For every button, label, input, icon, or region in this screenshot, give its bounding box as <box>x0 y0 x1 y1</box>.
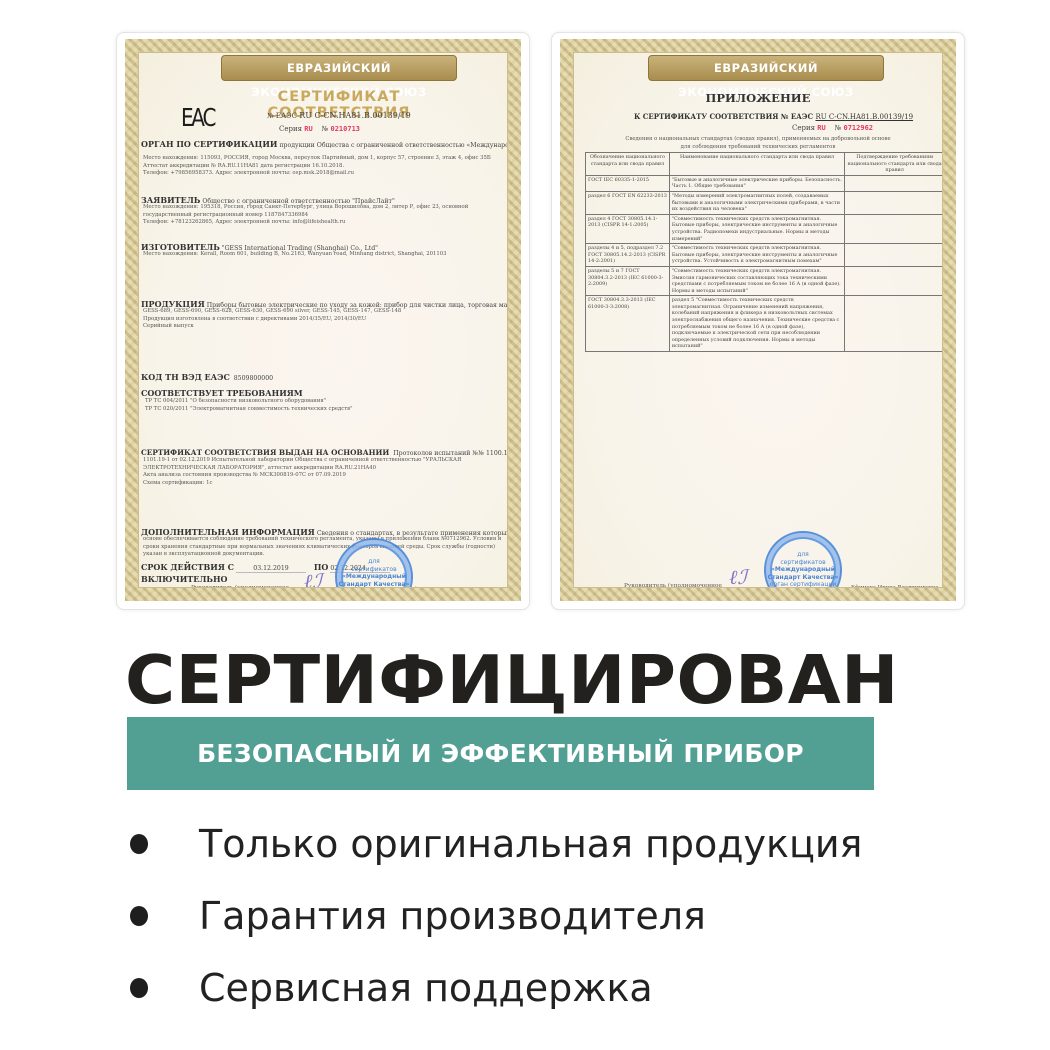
product-details: GESS-689, GESS-690, GESS-628, GESS-630, … <box>143 308 401 331</box>
table-cell: "Совместимость технических средств элект… <box>669 266 844 295</box>
intro-line: Сведения о национальных стандартах (свод… <box>574 136 942 144</box>
detail-line: Схема сертификации: 1с <box>143 480 461 488</box>
feature-banner: БЕЗОПАСНЫЙ И ЭФФЕКТИВНЫЙ ПРИБОР <box>127 717 874 790</box>
list-item-text: Только оригинальная продукция <box>199 822 862 866</box>
detail-line: Телефон: +78123262865, Адрес электронной… <box>143 219 468 227</box>
benefits-list: Только оригинальная продукция Гарантия п… <box>130 808 862 1024</box>
section-text: 8509800000 <box>234 375 273 382</box>
union-banner: ЕВРАЗИЙСКИЙ ЭКОНОМИЧЕСКИЙ СОЮЗ <box>648 55 884 81</box>
head-signatory-label: Руководитель (уполномоченное лицо) орган… <box>191 585 289 588</box>
stamp-text: «Международный <box>771 566 835 574</box>
detail-line: Акта анализа состояния производства № МС… <box>143 472 461 480</box>
list-item: Только оригинальная продукция <box>130 808 862 880</box>
certification-body-details: Место нахождения: 115093, РОССИЯ, город … <box>143 155 491 178</box>
detail-line: Продукция изготовлена в соответствии с д… <box>143 316 401 324</box>
table-row: ГОСТ 30804.3.3-2013 (IEC 61000-3-3:2008)… <box>586 296 944 352</box>
table-row: разделы 4 и 5, подраздел 7.2 ГОСТ 30805.… <box>586 244 944 267</box>
headline: СЕРТИФИЦИРОВАН <box>125 640 892 720</box>
table-cell: "Методы измерений электромагнитных полей… <box>669 191 844 214</box>
bullet-icon <box>130 978 148 998</box>
table-row: раздел 6 ГОСТ EN 62233-2013 "Методы изме… <box>586 191 944 214</box>
serial-label: № <box>322 125 329 133</box>
appendix-card: ЕВРАЗИЙСКИЙ ЭКОНОМИЧЕСКИЙ СОЮЗ ПРИЛОЖЕНИ… <box>551 32 965 610</box>
certificate-border: ЕВРАЗИЙСКИЙ ЭКОНОМИЧЕСКИЙ СОЮЗ ЕАС СЕРТИ… <box>125 39 521 601</box>
table-cell <box>845 296 943 352</box>
table-cell: раздел 6 ГОСТ EN 62233-2013 <box>586 191 670 214</box>
series-value: RU <box>817 124 825 132</box>
appendix-subtitle: К СЕРТИФИКАТУ СООТВЕТСТВИЯ № ЕАЭС RU C-C… <box>634 112 913 121</box>
serial-value: 0712962 <box>844 124 874 132</box>
list-item: Сервисная поддержка <box>130 952 862 1024</box>
validity-inclusive: ВКЛЮЧИТЕЛЬНО <box>141 574 228 584</box>
signature-icon: ℓℐ <box>729 565 747 588</box>
intro-line: для соблюдения требований технических ре… <box>574 144 942 152</box>
detail-line: ЭЛЕКТРОТЕХНИЧЕСКАЯ ЛАБОРАТОРИЯ", аттеста… <box>143 465 461 473</box>
appendix-border: ЕВРАЗИЙСКИЙ ЭКОНОМИЧЕСКИЙ СОЮЗ ПРИЛОЖЕНИ… <box>560 39 956 601</box>
detail-line: Серийный выпуск <box>143 323 401 331</box>
detail-line: Место нахождения: 115093, РОССИЯ, город … <box>143 155 491 163</box>
list-item-text: Гарантия производителя <box>199 894 706 938</box>
stamp-text: сертификатов <box>780 559 825 567</box>
appendix-title: ПРИЛОЖЕНИЕ <box>574 91 942 105</box>
series-row: Серия RU № 0712962 <box>792 124 873 132</box>
series-row: Серия RU № 0210713 <box>279 125 360 133</box>
validity-from: 03.12.2019 <box>236 565 306 573</box>
basis-details: 1101.19-1 от 02.12.2019 Испытательной ла… <box>143 457 461 487</box>
stamp-text: для <box>797 551 809 559</box>
certificate-card: ЕВРАЗИЙСКИЙ ЭКОНОМИЧЕСКИЙ СОЮЗ ЕАС СЕРТИ… <box>116 32 530 610</box>
table-cell: "Совместимость технических средств элект… <box>669 244 844 267</box>
detail-line: GESS-689, GESS-690, GESS-628, GESS-630, … <box>143 308 401 316</box>
table-cell: "Совместимость технических средств элект… <box>669 214 844 243</box>
table-cell: разделы 5 и 7 ГОСТ 30804.3.2-2013 (IEC 6… <box>586 266 670 295</box>
certification-body: ОРГАН ПО СЕРТИФИКАЦИИ продукции Общества… <box>141 139 508 149</box>
stamp-text: для <box>368 558 380 566</box>
detail-line: 1101.19-1 от 02.12.2019 Испытательной ла… <box>143 457 461 465</box>
eac-logo-icon: ЕАС <box>181 103 214 132</box>
subtitle-text: К СЕРТИФИКАТУ СООТВЕТСТВИЯ № ЕАЭС <box>634 112 813 121</box>
appendix-paper: ЕВРАЗИЙСКИЙ ЭКОНОМИЧЕСКИЙ СОЮЗ ПРИЛОЖЕНИ… <box>573 52 943 588</box>
table-cell <box>845 191 943 214</box>
section-label: КОД ТН ВЭД ЕАЭС <box>141 372 230 382</box>
bullet-icon <box>130 834 148 854</box>
table-cell: раздел 5 "Совместимость технических сред… <box>669 296 844 352</box>
validity-label: СРОК ДЕЙСТВИЯ С <box>141 562 234 572</box>
table-row: раздел 4 ГОСТ 30805.14.1-2013 (CISPR 14-… <box>586 214 944 243</box>
detail-line: Телефон: +79856958373. Адрес электронной… <box>143 170 491 178</box>
table-cell: ГОСТ IEC 60335-1-2015 <box>586 175 670 191</box>
head-signatory-label: Руководитель (уполномоченное лицо) орган… <box>624 583 722 588</box>
table-cell: ГОСТ 30804.3.3-2013 (IEC 61000-3-3:2008) <box>586 296 670 352</box>
signature-icon: ℓℐ <box>304 569 322 588</box>
hs-code: КОД ТН ВЭД ЕАЭС 8509800000 <box>141 372 273 382</box>
section-text: продукции Общества с ограниченной ответс… <box>279 142 508 149</box>
table-cell: разделы 4 и 5, подраздел 7.2 ГОСТ 30805.… <box>586 244 670 267</box>
manufacturer-details: Место нахождения: Kerall, Room 601, buil… <box>143 251 446 259</box>
series-label: Серия <box>792 124 815 132</box>
stamp-text: сертификатов <box>351 566 396 574</box>
table-row: ГОСТ IEC 60335-1-2015 "Бытовые и аналоги… <box>586 175 944 191</box>
table-cell: раздел 4 ГОСТ 30805.14.1-2013 (CISPR 14-… <box>586 214 670 243</box>
series-value: RU <box>304 125 312 133</box>
column-header: Обозначение национального стандарта или … <box>586 153 670 176</box>
section-label: СООТВЕТСТВУЕТ ТРЕБОВАНИЯМ <box>141 388 303 398</box>
detail-line: сроки хранения стандартные при нормальны… <box>143 544 501 552</box>
basis: СЕРТИФИКАТ СООТВЕТСТВИЯ ВЫДАН НА ОСНОВАН… <box>141 448 508 457</box>
table-cell <box>845 244 943 267</box>
label-line: Руководитель (уполномоченное <box>624 583 722 588</box>
banner-text: БЕЗОПАСНЫЙ И ЭФФЕКТИВНЫЙ ПРИБОР <box>197 739 804 768</box>
head-name: Ефимова Ирина Владимировна <box>410 587 498 588</box>
head-name: Ефимова Ирина Владимировна <box>851 585 939 588</box>
label-line: Руководитель (уполномоченное <box>191 585 289 588</box>
detail-line: указан в эксплуатационной документации. <box>143 551 501 559</box>
section-label: СЕРТИФИКАТ СООТВЕТСТВИЯ ВЫДАН НА ОСНОВАН… <box>141 448 389 457</box>
requirements-list: ТР ТС 004/2011 "О безопасности низковоль… <box>145 398 353 413</box>
stamp-text: «Международный <box>342 573 406 581</box>
list-item-text: Сервисная поддержка <box>199 966 653 1010</box>
table-header-row: Обозначение национального стандарта или … <box>586 153 944 176</box>
appendix-intro: Сведения о национальных стандартах (свод… <box>574 136 942 151</box>
table-cell <box>845 214 943 243</box>
stamp-text: орган сертификации <box>770 581 837 588</box>
requirement-item: ТР ТС 020/2011 "Электромагнитная совмест… <box>145 406 353 414</box>
requirement-item: ТР ТС 004/2011 "О безопасности низковоль… <box>145 398 353 406</box>
union-banner: ЕВРАЗИЙСКИЙ ЭКОНОМИЧЕСКИЙ СОЮЗ <box>221 55 457 81</box>
certificate-number: RU C-CN.HA81.B.00139/19 <box>815 113 913 121</box>
table-cell: "Бытовые и аналогичные электрические при… <box>669 175 844 191</box>
detail-line: основе обеспечивается соблюдение требова… <box>143 536 501 544</box>
serial-value: 0210713 <box>331 125 361 133</box>
requirements: СООТВЕТСТВУЕТ ТРЕБОВАНИЯМ <box>141 388 303 398</box>
list-item: Гарантия производителя <box>130 880 862 952</box>
column-header: Подтверждение требованиям национального … <box>845 153 943 176</box>
certificate-number-row: № ЕАЭС RU C-CN.HA81.B.00139/19 <box>267 111 411 120</box>
validity-inclusive-label: ВКЛЮЧИТЕЛЬНО <box>141 574 228 584</box>
stamp-text: Стандарт Качества» <box>339 581 410 588</box>
certificate-number: RU C-CN.HA81.B.00139/19 <box>299 111 411 120</box>
stamp-text: Стандарт Качества» <box>768 574 839 582</box>
certification-stamp-icon: для сертификатов «Международный Стандарт… <box>764 531 842 588</box>
table-cell <box>845 266 943 295</box>
bullet-icon <box>130 906 148 926</box>
serial-label: № <box>835 124 842 132</box>
detail-line: Место нахождения: Kerall, Room 601, buil… <box>143 251 446 259</box>
column-header: Наименование национального стандарта или… <box>669 153 844 176</box>
additional-info-details: основе обеспечивается соблюдение требова… <box>143 536 501 559</box>
number-label: № ЕАЭС <box>267 112 297 120</box>
series-label: Серия <box>279 125 302 133</box>
applicant-details: Место нахождения: 195318, Россия, город … <box>143 204 468 227</box>
table-cell <box>845 175 943 191</box>
detail-line: Место нахождения: 195318, Россия, город … <box>143 204 468 212</box>
certificate-paper: ЕВРАЗИЙСКИЙ ЭКОНОМИЧЕСКИЙ СОЮЗ ЕАС СЕРТИ… <box>138 52 508 588</box>
section-label: ОРГАН ПО СЕРТИФИКАЦИИ <box>141 139 277 149</box>
table-row: разделы 5 и 7 ГОСТ 30804.3.2-2013 (IEC 6… <box>586 266 944 295</box>
section-text: Протоколов испытаний №№ 1100.19-1, <box>393 450 508 457</box>
standards-table: Обозначение национального стандарта или … <box>585 152 943 352</box>
